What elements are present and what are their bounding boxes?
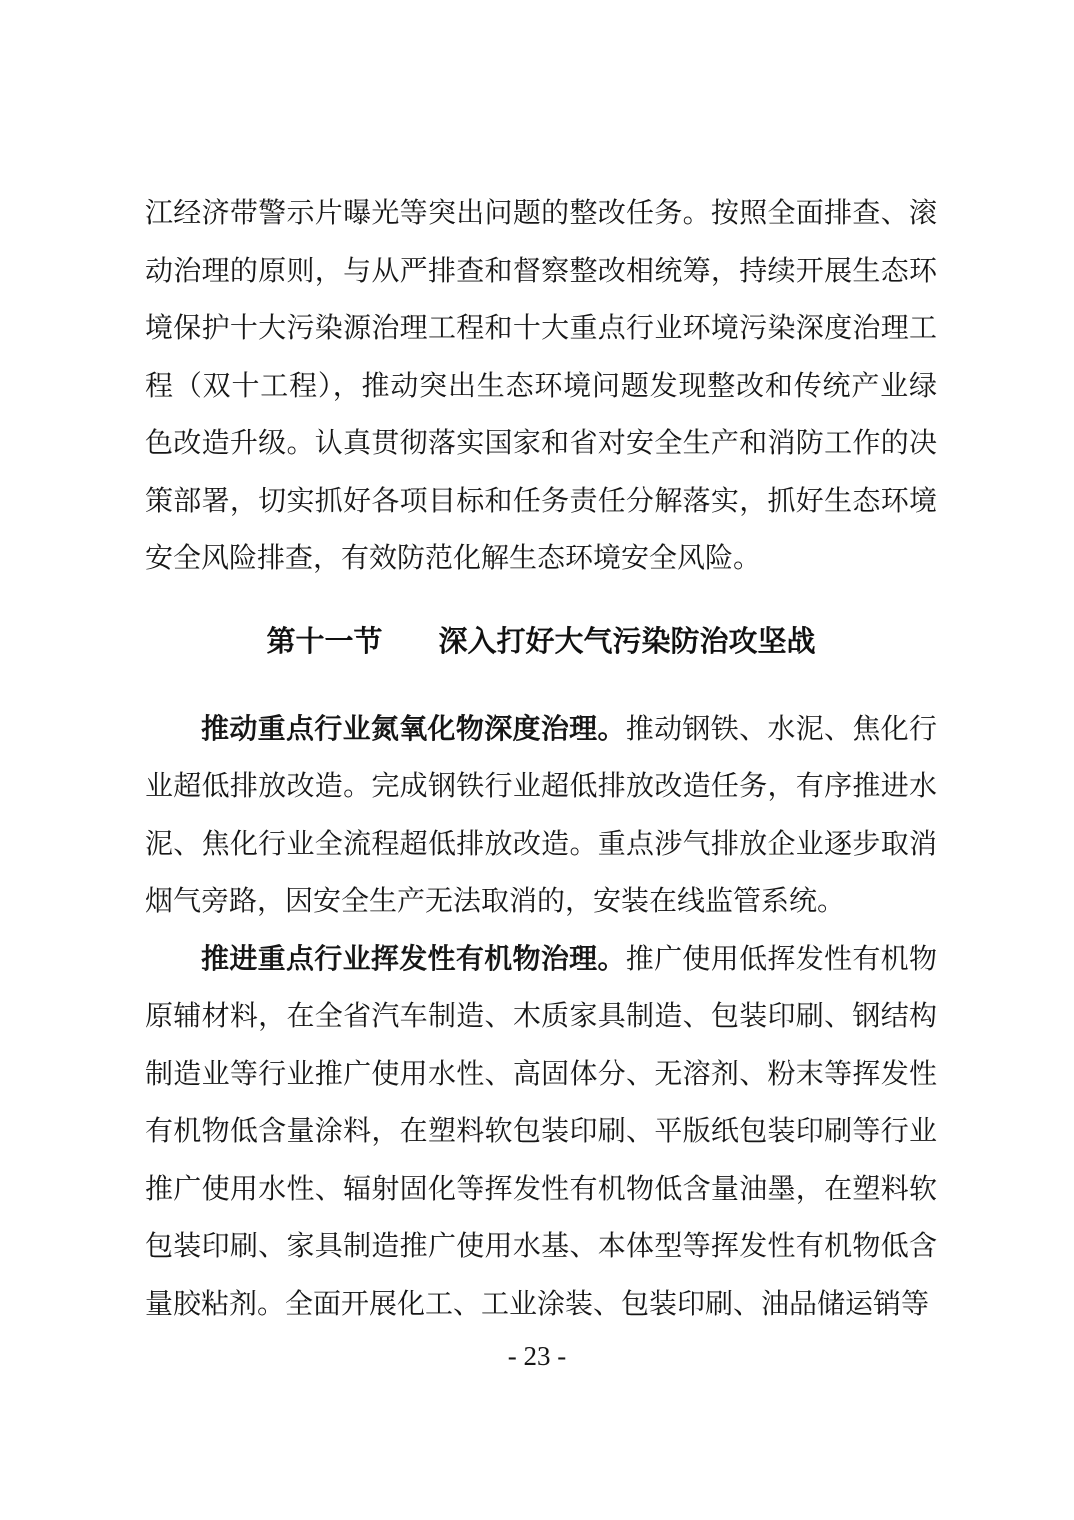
section-heading-number: 第十一节 <box>266 626 382 658</box>
paragraph-lead: 推动重点行业氮氧化物深度治理。 <box>201 714 626 745</box>
paragraph-voc-control: 推进重点行业挥发性有机物治理。推广使用低挥发性有机物原辅材料，在全省汽车制造、木… <box>145 931 937 1334</box>
paragraph-nox-control: 推动重点行业氮氧化物深度治理。推动钢铁、水泥、焦化行业超低排放改造。完成钢铁行业… <box>145 701 937 931</box>
document-page: 江经济带警示片曝光等突出问题的整改任务。按照全面排查、滚动治理的原则，与从严排查… <box>0 0 1074 1520</box>
paragraph-lead: 推进重点行业挥发性有机物治理。 <box>201 944 626 975</box>
document-body: 江经济带警示片曝光等突出问题的整改任务。按照全面排查、滚动治理的原则，与从严排查… <box>145 185 937 1333</box>
paragraph-continuation: 江经济带警示片曝光等突出问题的整改任务。按照全面排查、滚动治理的原则，与从严排查… <box>145 185 937 588</box>
section-heading: 第十一节深入打好大气污染防治攻坚战 <box>145 613 937 671</box>
paragraph-text: 推广使用低挥发性有机物原辅材料，在全省汽车制造、木质家具制造、包装印刷、钢结构制… <box>145 944 937 1320</box>
page-number: - 23 - <box>0 1338 1074 1374</box>
paragraph-text: 江经济带警示片曝光等突出问题的整改任务。按照全面排查、滚动治理的原则，与从严排查… <box>145 198 937 574</box>
section-heading-title: 深入打好大气污染防治攻坚战 <box>439 626 816 658</box>
